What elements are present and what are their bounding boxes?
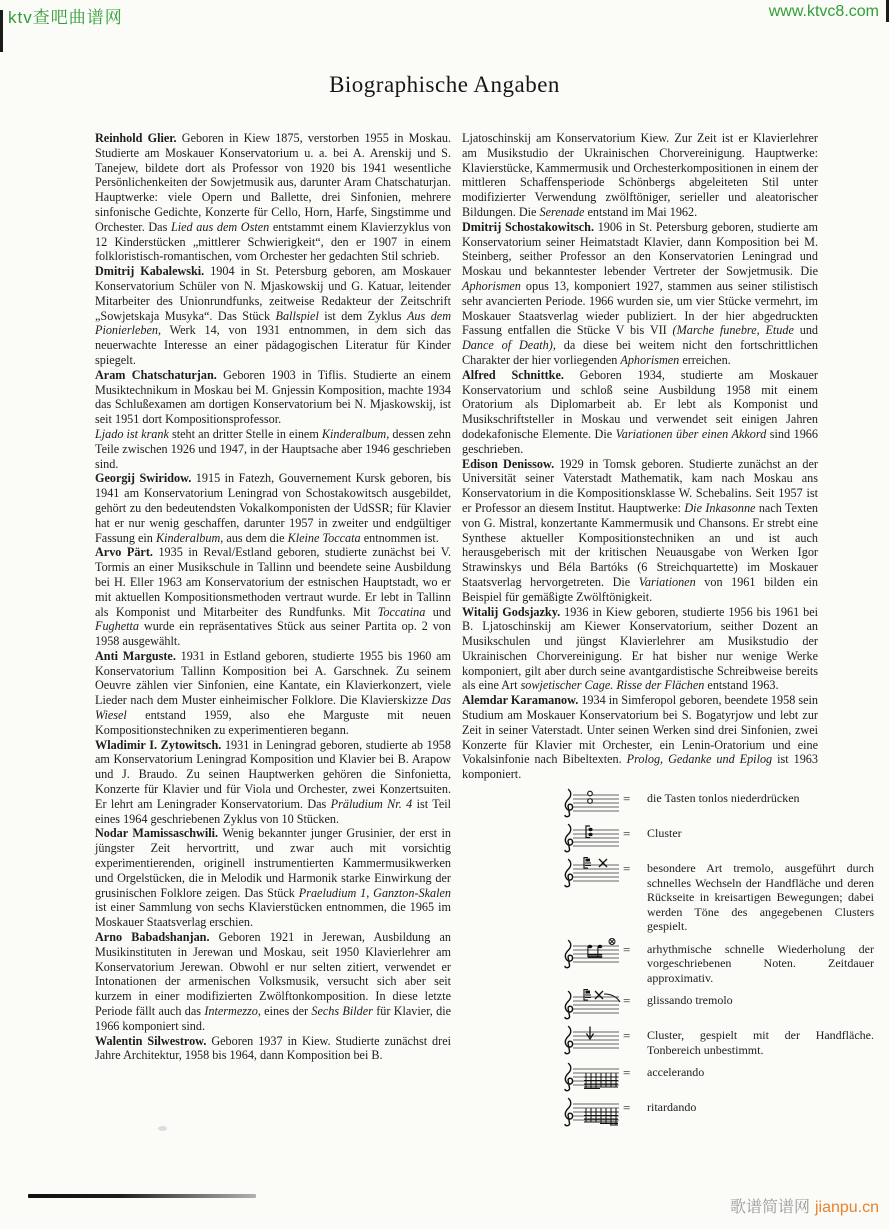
text-run: Aphorismen [620,353,679,367]
legend-text: accelerando [647,1060,874,1080]
paragraph: Wladimir I. Zytowitsch. 1931 in Leningra… [95,738,451,827]
palm-cluster-icon [559,1023,621,1055]
paragraph: Walentin Silwestrow. Geboren 1937 in Kie… [95,1034,451,1064]
paragraph: Alfred Schnittke. Geboren 1934, studiert… [462,368,818,457]
left-column: Reinhold Glier. Geboren in Kiew 1875, ve… [95,131,451,1130]
legend-icon [559,786,623,818]
watermark-top-left: ktv查吧曲谱网 [8,3,123,28]
text-run: entstand 1963. [704,678,778,692]
equals-sign: = [623,988,647,1009]
text-run: Alfred Schnittke. [462,368,564,382]
text-run: Lied aus dem Osten [171,220,269,234]
legend-icon [559,988,623,1020]
silent-keys-icon [559,786,621,818]
paragraph: Alemdar Karamanow. 1934 in Simferopol ge… [462,693,818,782]
text-run: Arvo Pärt. [95,545,153,559]
scanned-page: ktv查吧曲谱网 www.ktvc8.com Biographische Ang… [0,0,889,1229]
equals-sign: = [623,1095,647,1116]
paragraph: Ljatoschinskij am Konservatorium Kiew. Z… [462,131,818,220]
text-run: Praeludium 1, Ganzton-Skalen [299,886,451,900]
legend-text: glissando tremolo [647,988,874,1008]
legend-text: Cluster, gespielt mit der Handfläche. To… [647,1023,874,1057]
text-run: ist dem Zyklus [319,309,407,323]
text-run: Anti Marguste. [95,649,176,663]
text-run: wurde ein repräsentatives Stück aus sein… [95,619,451,648]
text-run: , eines der [258,1004,312,1018]
paragraph: Edison Denissow. 1929 in Tomsk geboren. … [462,457,818,605]
text-run: Edison Denissow. [462,457,554,471]
text-run: entstand 1959, also ehe Marguste mit neu… [95,708,451,737]
equals-sign: = [623,856,647,877]
paragraph: Dmitrij Schostakowitsch. 1906 in St. Pet… [462,220,818,368]
equals-sign: = [623,1023,647,1044]
paragraph: Nodar Mamissaschwili. Wenig bekannter ju… [95,826,451,930]
legend-item: =besondere Art tremolo, ausgeführt durch… [559,856,874,934]
text-columns: Reinhold Glier. Geboren in Kiew 1875, ve… [95,131,820,1130]
cluster-icon [559,821,621,853]
legend-item: =ritardando [559,1095,874,1127]
legend-icon [559,821,623,853]
legend-icon [559,937,623,969]
text-run: Variationen über einen Akkord [616,427,767,441]
watermark-domain: jianpu.cn [815,1199,879,1216]
paragraph: Arno Babadshanjan. Geboren 1921 in Jerew… [95,930,451,1034]
text-run: Fughetta [95,619,139,633]
paragraph: Dmitrij Kabalewski. 1904 in St. Petersbu… [95,264,451,368]
text-run: erreichen. [679,353,730,367]
text-run: Intermezzo [204,1004,257,1018]
text-run: , aus dem die [220,531,287,545]
paragraph: Reinhold Glier. Geboren in Kiew 1875, ve… [95,131,451,264]
paragraph: Ljado ist krank steht an dritter Stelle … [95,427,451,471]
equals-sign: = [623,937,647,958]
text-run: entstand im Mai 1962. [584,205,697,219]
text-run: Kinderalbum [156,531,220,545]
legend-text: die Tasten tonlos niederdrücken [647,786,874,806]
text-run: Ballspiel [276,309,319,323]
text-run: Präludium Nr. 4 [331,797,413,811]
legend-icon [559,1060,623,1092]
text-run: Variationen [639,575,696,589]
text-run: Ljado ist krank [95,427,169,441]
legend-item: =die Tasten tonlos niederdrücken [559,786,874,818]
scan-edge-artifact-left [0,10,3,52]
equals-sign: = [623,1060,647,1081]
text-run: Wladimir I. Zytowitsch. [95,738,221,752]
text-run: Prolog, Gedanke und Epilog [627,752,772,766]
equals-sign: = [623,786,647,807]
text-run: Serenade [540,205,585,219]
text-run: Walentin Silwestrow. [95,1034,206,1048]
watermark-bottom-right: 歌谱简谱网jianpu.cn [730,1194,879,1217]
scan-smudge [158,1126,167,1131]
text-run: Aram Chatschaturjan. [95,368,217,382]
legend-icon [559,856,623,888]
legend-text: besondere Art tremolo, ausgeführt durch … [647,856,874,934]
legend-item: =glissando tremolo [559,988,874,1020]
paragraph: Arvo Pärt. 1935 in Reval/Estland geboren… [95,545,451,649]
right-column-text: Ljatoschinskij am Konservatorium Kiew. Z… [462,131,818,782]
legend-item: =accelerando [559,1060,874,1092]
legend-item: =Cluster, gespielt mit der Handfläche. T… [559,1023,874,1057]
text-run: Dmitrij Kabalewski. [95,264,204,278]
notation-legend: =die Tasten tonlos niederdrücken =Cluste… [462,786,874,1127]
legend-icon [559,1095,623,1127]
text-run: Geboren in Kiew 1875, verstorben 1955 in… [95,131,451,234]
text-run: Alemdar Karamanow. [462,693,578,707]
arhythmic-repeat-icon [559,937,621,969]
equals-sign: = [623,821,647,842]
text-run: Kinderalbum [322,427,386,441]
text-run: Arno Babadshanjan. [95,930,210,944]
text-run: Toccatina [378,605,426,619]
text-run: Die Inkasonne [684,501,755,515]
legend-text: ritardando [647,1095,874,1115]
text-run: Georgij Swiridow. [95,471,191,485]
ritardando-icon [559,1095,621,1127]
text-run: Aphorismen [462,279,521,293]
legend-item: =Cluster [559,821,874,853]
text-run: Witalij Godsjazky. [462,605,560,619]
text-run: sowjetischer Cage. Risse der Flächen [521,678,705,692]
cluster-tremolo-icon [559,856,621,888]
paragraph: Witalij Godsjazky. 1936 in Kiew geboren,… [462,605,818,694]
paragraph: Aram Chatschaturjan. Geboren 1903 in Tif… [95,368,451,427]
glissando-tremolo-icon [559,988,621,1020]
scan-artifact-bar [28,1194,256,1198]
text-run: (Marche funebre, Etude [673,323,794,337]
text-run: und [794,323,818,337]
text-run: Dmitrij Schostakowitsch. [462,220,594,234]
legend-text: arhythmische schnelle Wiederholung der v… [647,937,874,986]
text-run: und [425,605,451,619]
text-run: Dance of Death), [462,338,556,352]
paragraph: Anti Marguste. 1931 in Estland geboren, … [95,649,451,738]
right-column: Ljatoschinskij am Konservatorium Kiew. Z… [462,131,818,1130]
paragraph: Georgij Swiridow. 1915 in Fatezh, Gouver… [95,471,451,545]
watermark-top-right: www.ktvc8.com [769,3,879,21]
watermark-site-name: 歌谱简谱网 [730,1199,810,1216]
legend-text: Cluster [647,821,874,841]
text-run: Sechs Bilder [311,1004,373,1018]
text-run: entnommen ist. [361,531,439,545]
accelerando-icon [559,1060,621,1092]
text-run: Kleine Toccata [288,531,361,545]
text-run: ist einer Sammlung von sechs Klavierstüc… [95,900,451,929]
page-title: Biographische Angaben [0,72,889,98]
legend-item: =arhythmische schnelle Wiederholung der … [559,937,874,986]
text-run: steht an dritter Stelle in einem [169,427,322,441]
legend-icon [559,1023,623,1055]
text-run: Reinhold Glier. [95,131,177,145]
text-run: Nodar Mamissaschwili. [95,826,218,840]
